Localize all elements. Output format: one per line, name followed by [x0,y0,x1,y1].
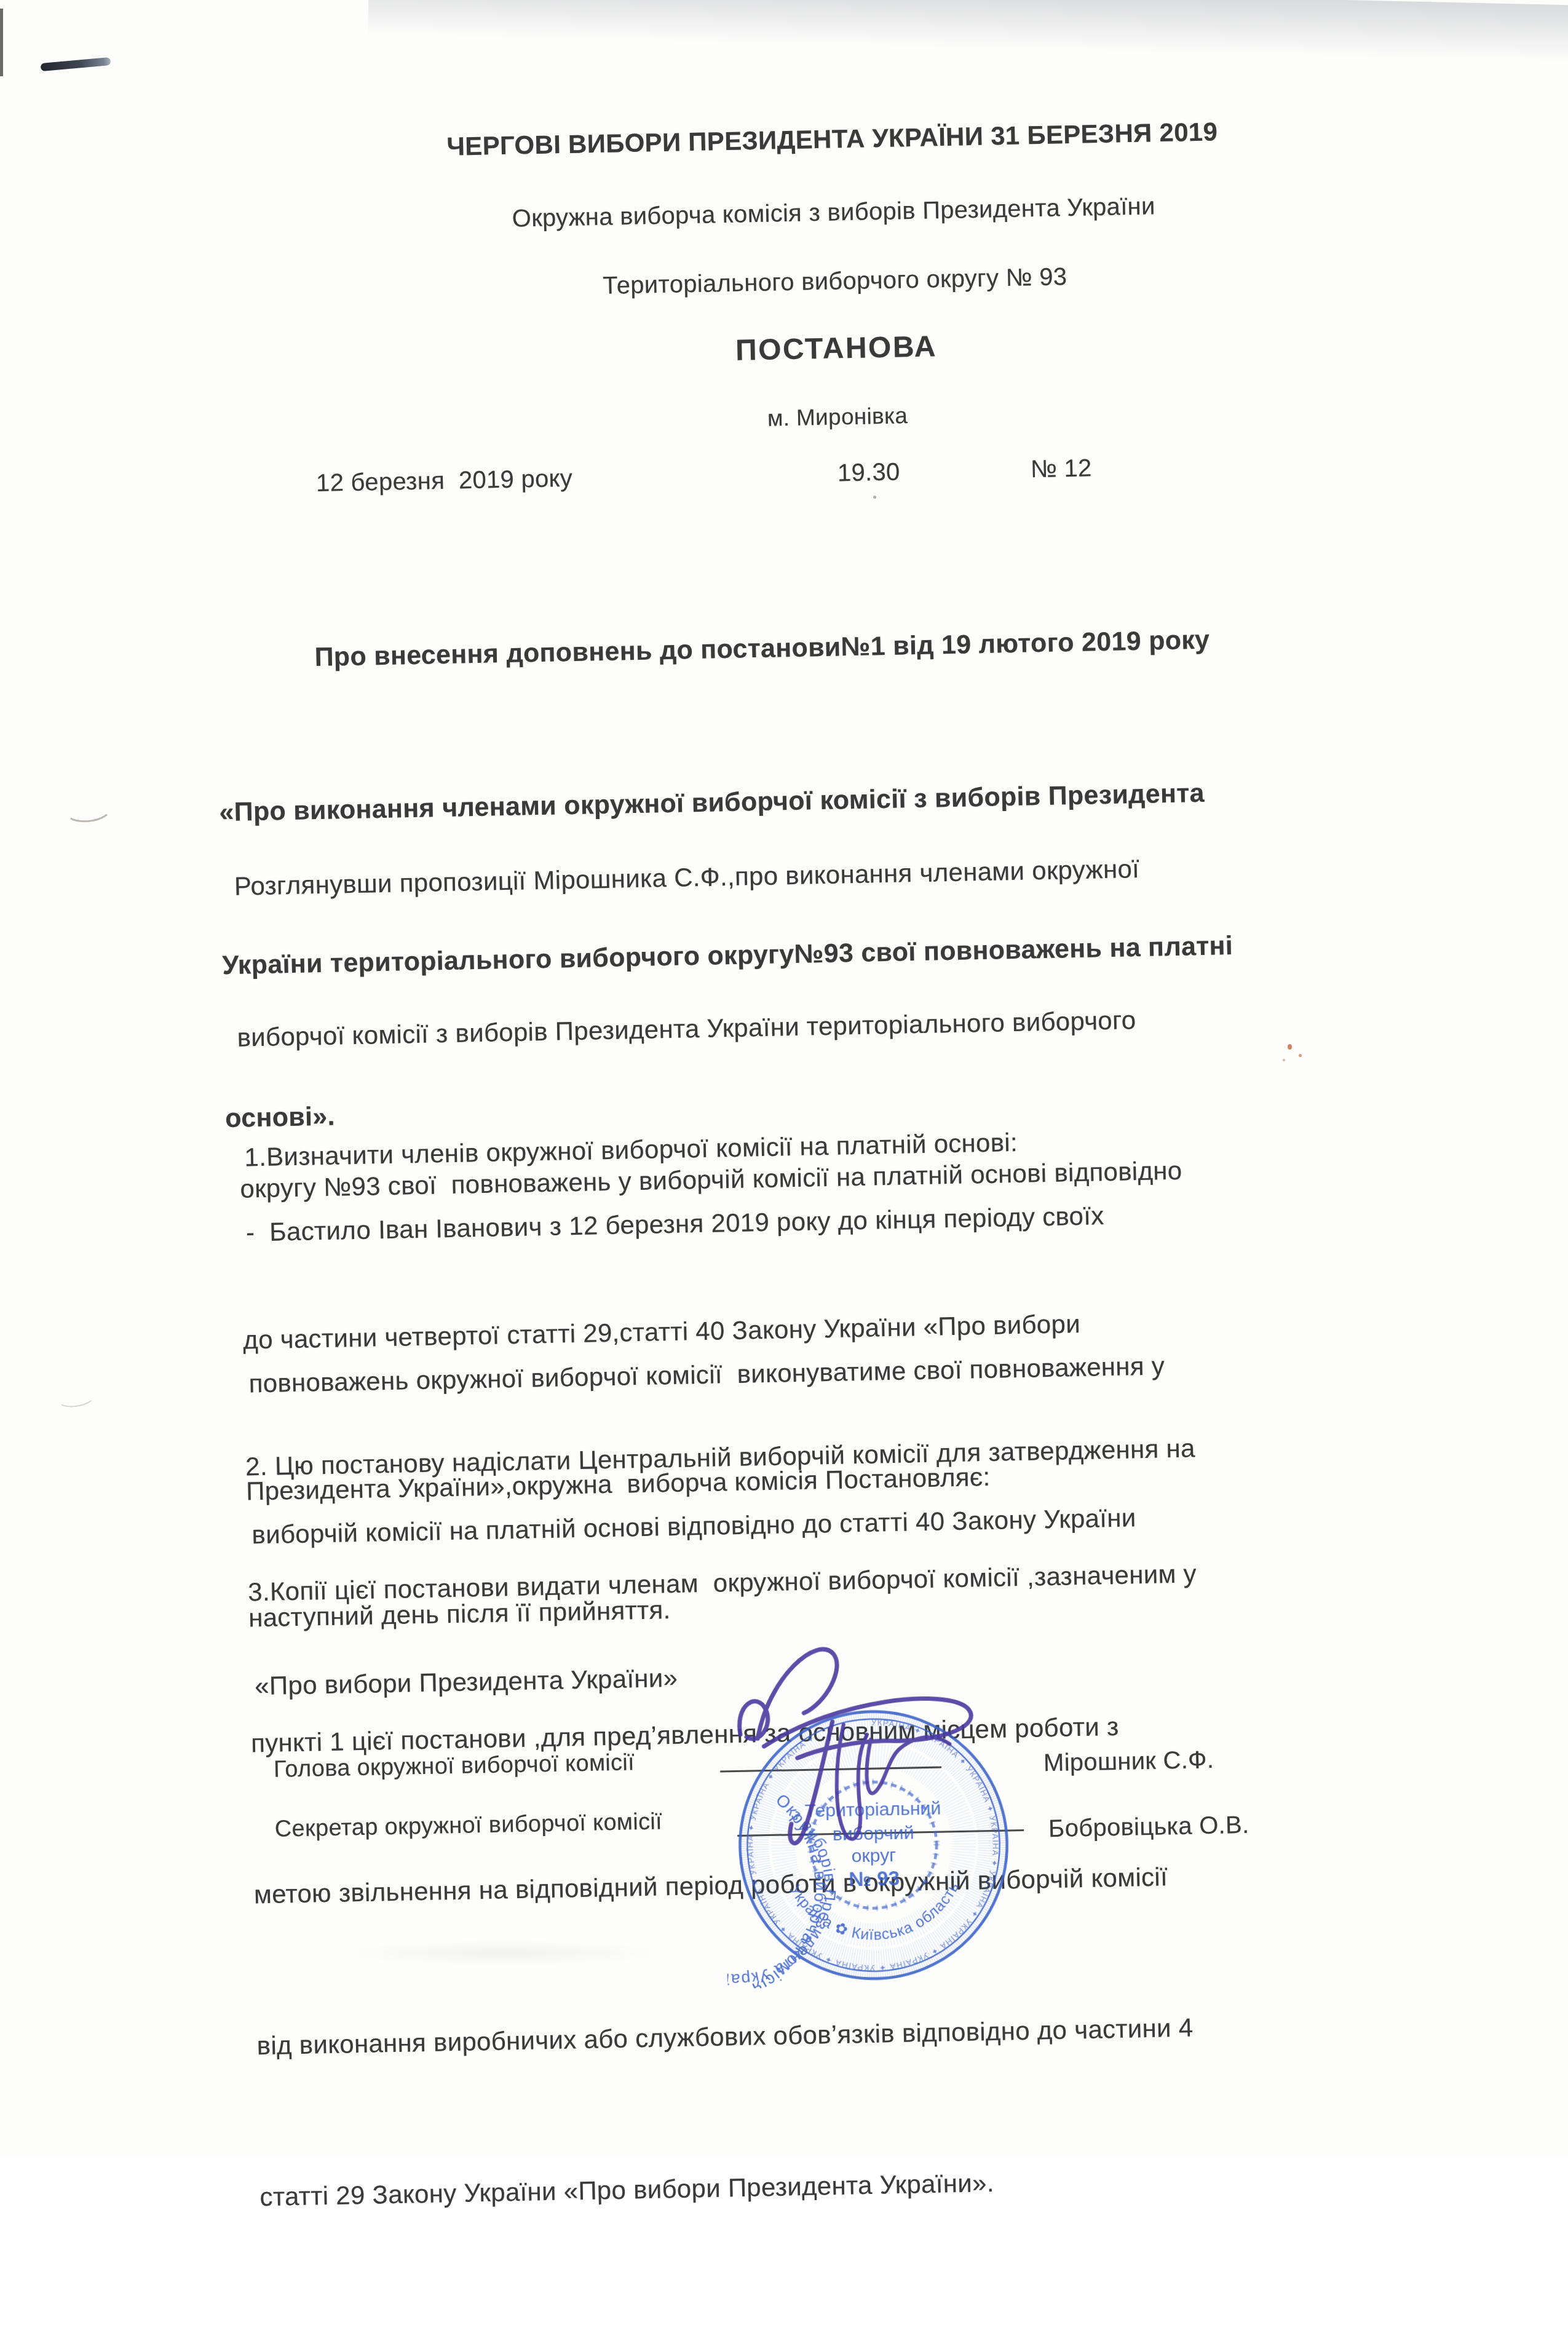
handwritten-signatures [677,1624,1115,2038]
commission-line: Окружна виборча комісія з виборів Презид… [280,187,1387,238]
doc-type-title: ПОСТАНОВА [283,321,1390,377]
head-signature-ink [738,1647,973,1845]
district-line: Територіального виборчого округу № 93 [282,256,1389,307]
city-line: м. Миронівка [284,393,1392,441]
election-title: ЧЕРГОВІ ВИБОРИ ПРЕЗИДЕНТА УКРАЇНИ 31 БЕР… [279,113,1386,165]
document-content: ЧЕРГОВІ ВИБОРИ ПРЕЗИДЕНТА УКРАЇНИ 31 БЕР… [0,0,1568,2157]
item3-line: статті 29 Закону України «Про вибори Пре… [259,2148,1478,2157]
date-value: 12 березня 2019 року [316,464,573,498]
scanned-document-page: ЧЕРГОВІ ВИБОРИ ПРЕЗИДЕНТА УКРАЇНИ 31 БЕР… [0,0,1568,2157]
item3-line: 3.Копії цієї постанови видати членам окр… [248,1543,1466,1618]
subject-line: Про внесення доповнень до постанови№1 ві… [216,611,1434,686]
item1-detail-line: - Бастило Іван Іванович з 12 березня 201… [245,1184,1463,1258]
time-value: 19.30 [837,457,900,488]
intro-line: Розглянувши пропозиції Мірошника С.Ф.,пр… [234,837,1452,912]
document-header: ЧЕРГОВІ ВИБОРИ ПРЕЗИДЕНТА УКРАЇНИ 31 БЕР… [276,0,1392,491]
doc-number: № 12 [1030,453,1092,484]
